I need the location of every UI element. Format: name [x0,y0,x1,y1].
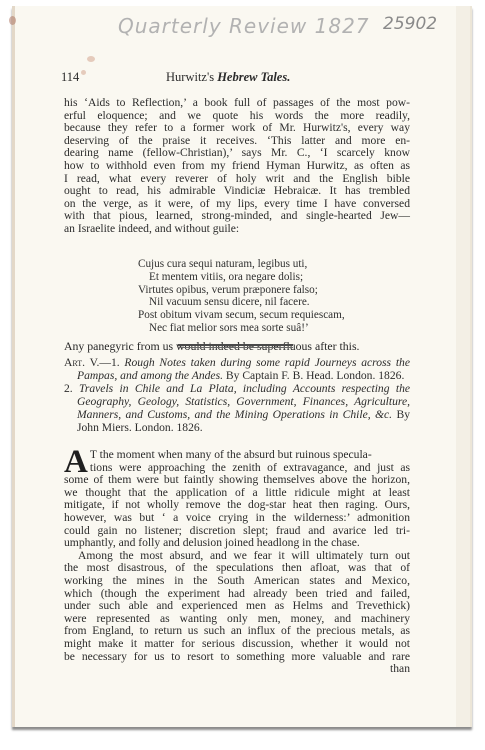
foxing-stain [9,16,16,25]
page-edge [456,6,470,727]
entry-number: —1. [99,356,124,369]
text-line: some of them were but faintly showing th… [64,474,410,487]
handwritten-annotation-number: 25902 [383,14,437,34]
article-body: A T the moment when many of the absurd b… [64,449,410,676]
latin-verse: Cujus cura sequi naturam, legibus uti,Et… [138,258,398,335]
text-line: because they refer to a former work of M… [64,122,410,135]
catchword: than [64,663,410,676]
article-label: Art. V. [64,356,99,369]
text-line: under such able and experienced men as H… [64,600,410,613]
drop-cap: A [64,450,88,475]
running-head-title-italic: Hebrew Tales. [217,70,290,84]
foxing-stain [81,70,86,75]
verse-line: Virtutes opibus, verum præponere falso; [138,284,398,297]
text-line: ought to read, his admirable Vindiciæ He… [64,185,410,198]
text-line: T the moment when many of the absurd but… [64,449,410,462]
text-line: his ‘Aids to Reflection,’ a book full of… [64,97,410,110]
text-line: might make it matter for serious discuss… [64,638,410,651]
verse-line: Et mentem vitiis, ora negare dolis; [138,271,398,284]
entry-number: 2. [64,382,79,395]
body-paragraph-1: A T the moment when many of the absurd b… [64,449,410,550]
text-line: how to withhold even from my friend Hyma… [64,160,410,173]
text-line: however, was but ‘ a voice crying in the… [64,512,410,525]
verse-line: Nil vacuum sensu dicere, nil facere. [138,296,398,309]
verse-line: Cujus cura sequi naturam, legibus uti, [138,258,398,271]
handwritten-annotation-title: Quarterly Review 1827 [118,14,370,38]
section-divider [178,344,293,348]
article-heading: Art. V.—1. Rough Notes taken during some… [64,357,410,434]
running-head-title: Hurwitz's Hebrew Tales. [166,70,290,85]
text-line: umphantly, and folly and delusion joined… [64,537,410,550]
text-line: be necessary for us to resort to somethi… [64,651,410,664]
entry-title: Travels in Chile and La Plata, including… [77,382,410,421]
paragraph-coleridge-quote: his ‘Aids to Reflection,’ a book full of… [64,97,410,236]
foxing-stain [87,56,95,62]
article-entry-1: Art. V.—1. Rough Notes taken during some… [64,357,410,383]
text-line: an Israelite indeed, and without guile: [64,223,410,236]
body-paragraph-2: Among the most absurd, and we fear it wi… [64,550,410,663]
verse-line: Nec fiat melior sors mea sorte suâ!’ [138,322,398,335]
page-number: 114 [61,70,79,85]
article-entry-2: 2. Travels in Chile and La Plata, includ… [64,383,410,435]
running-head-title-roman: Hurwitz's [166,70,217,84]
entry-byline: By Captain F. B. Head. London. 1826. [223,369,404,382]
verse-line: Post obitum vivam secum, secum requiesca… [138,309,398,322]
text-line: working the mines in the South American … [64,575,410,588]
